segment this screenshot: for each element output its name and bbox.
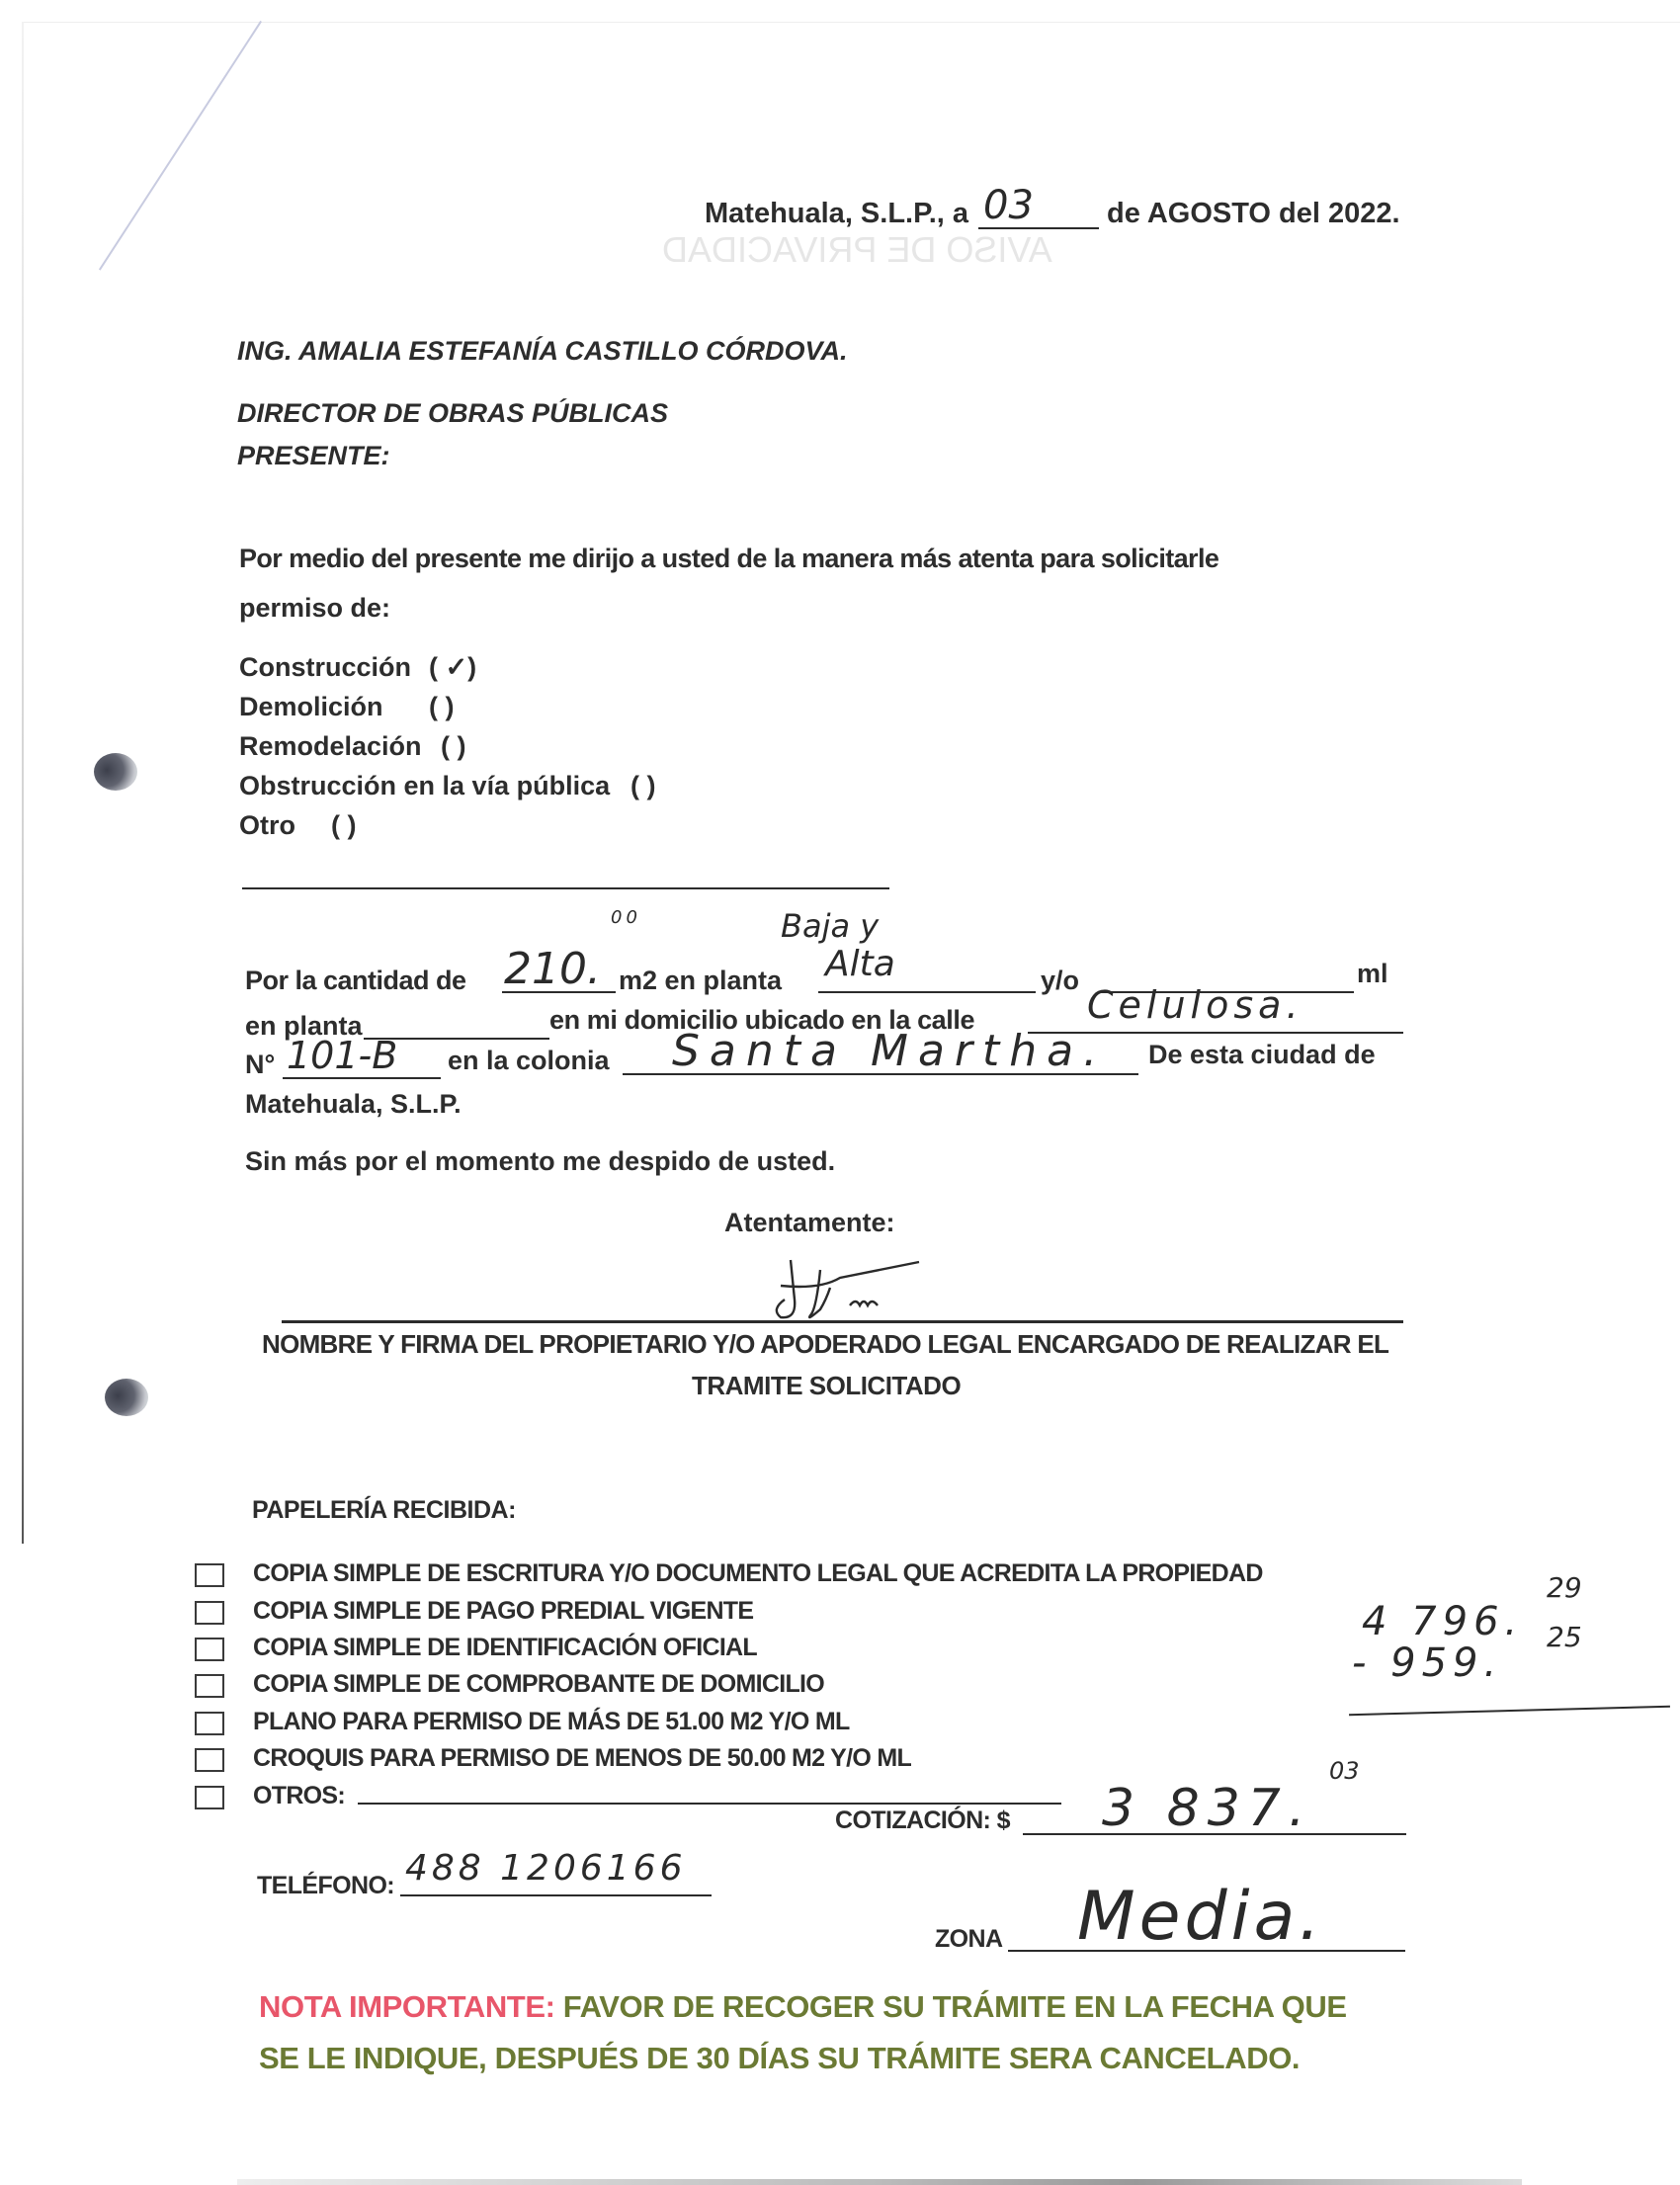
colonia-label: en la colonia — [448, 1046, 610, 1076]
permit-type-checkbox[interactable]: ( ) — [441, 731, 465, 762]
m2-label: m2 en planta — [619, 966, 782, 996]
calc-line2-cents: 25 — [1547, 1621, 1582, 1653]
yo-label: y/o — [1041, 966, 1079, 996]
important-note: NOTA IMPORTANTE: FAVOR DE RECOGER SU TRÁ… — [259, 1989, 1347, 2025]
colonia-value[interactable]: Santa Martha. — [672, 1026, 1107, 1076]
floor-line — [818, 991, 1036, 993]
note-prefix: NOTA IMPORTANTE: — [259, 1989, 555, 2024]
document-checkbox[interactable] — [195, 1712, 224, 1735]
date-prefix: Matehuala, S.L.P., a — [705, 198, 968, 230]
page-edge — [22, 22, 24, 1544]
street-value[interactable]: Celulosa. — [1087, 983, 1303, 1027]
permit-type-checkbox[interactable]: ( ) — [331, 810, 356, 841]
bleedthrough-text — [1314, 311, 1324, 321]
document-checkbox[interactable] — [195, 1563, 224, 1587]
signature-line[interactable] — [282, 1320, 1403, 1323]
zone-label: ZONA — [935, 1925, 1002, 1954]
punch-hole — [94, 753, 137, 791]
phone-label: TELÉFONO: — [257, 1872, 394, 1900]
document-label: OTROS: — [253, 1782, 345, 1810]
calc-line2: - 959. — [1352, 1640, 1502, 1686]
zone-line — [1008, 1950, 1405, 1952]
floor-annotation: Baja y — [781, 907, 879, 945]
document-label: PLANO PARA PERMISO DE MÁS DE 51.00 M2 Y/… — [253, 1708, 850, 1736]
city: Matehuala, S.L.P. — [245, 1089, 462, 1120]
permit-type-label: Otro — [239, 810, 295, 841]
ml-label: ml — [1357, 959, 1388, 989]
addressee-presente: PRESENTE: — [237, 441, 390, 471]
quantity-label: Por la cantidad de — [245, 966, 466, 996]
quote-value[interactable]: 3 837. — [1102, 1779, 1312, 1838]
document-label: COPIA SIMPLE DE IDENTIFICACIÓN OFICIAL — [253, 1634, 757, 1662]
calc-line1: 4 796. — [1362, 1599, 1523, 1644]
signature-scribble — [761, 1250, 988, 1329]
calc-underline — [1349, 1706, 1670, 1717]
floor-value[interactable]: Alta — [825, 944, 895, 984]
addressee-position: DIRECTOR DE OBRAS PÚBLICAS — [237, 398, 668, 429]
phone-line — [400, 1894, 712, 1896]
quote-label: COTIZACIÓN: $ — [835, 1807, 1010, 1835]
atentamente-label: Atentamente: — [724, 1208, 895, 1238]
document-label: COPIA SIMPLE DE PAGO PREDIAL VIGENTE — [253, 1597, 753, 1626]
punch-hole — [105, 1379, 148, 1416]
permit-type-checkbox[interactable]: ( ) — [630, 771, 655, 801]
phone-value[interactable]: 488 1206166 — [405, 1848, 687, 1889]
permit-type-checkbox[interactable]: ( ✓) — [429, 652, 476, 683]
quantity-cents: 00 — [611, 907, 641, 928]
permit-type-label: Demolición — [239, 692, 383, 722]
city-suffix: De esta ciudad de — [1148, 1040, 1376, 1070]
note-line2: SE LE INDIQUE, DESPUÉS DE 30 DÍAS SU TRÁ… — [259, 2041, 1300, 2076]
quantity-line — [502, 991, 616, 993]
document-checkbox[interactable] — [195, 1674, 224, 1698]
document-checkbox[interactable] — [195, 1786, 224, 1809]
number-value[interactable]: 101-B — [287, 1034, 397, 1077]
bleedthrough-title: AVISO DE PRIVACIDAD — [662, 235, 1052, 265]
colonia-line — [623, 1073, 1138, 1075]
request-intro: Por medio del presente me dirijo a usted… — [239, 544, 1218, 574]
permit-type-label: Remodelación — [239, 731, 422, 762]
calc-line1-cents: 29 — [1547, 1571, 1582, 1604]
page-edge — [22, 22, 1680, 23]
document-checkbox[interactable] — [195, 1638, 224, 1661]
scan-shadow — [237, 2179, 1522, 2185]
document-label: COPIA SIMPLE DE COMPROBANTE DE DOMICILIO — [253, 1670, 824, 1699]
otro-line — [242, 887, 889, 889]
date-day-line — [978, 227, 1099, 229]
number-line — [283, 1077, 441, 1079]
document-checkbox[interactable] — [195, 1601, 224, 1625]
request-intro-cont: permiso de: — [239, 593, 390, 624]
note-line1: FAVOR DE RECOGER SU TRÁMITE EN LA FECHA … — [563, 1989, 1347, 2024]
document-checkbox[interactable] — [195, 1748, 224, 1772]
permit-type-checkbox[interactable]: ( ) — [429, 692, 454, 722]
document-label: COPIA SIMPLE DE ESCRITURA Y/O DOCUMENTO … — [253, 1559, 1263, 1588]
closing-text: Sin más por el momento me despido de ust… — [245, 1146, 835, 1177]
signature-caption-cont: TRAMITE SOLICITADO — [692, 1371, 961, 1401]
otros-line[interactable] — [358, 1803, 1061, 1805]
signature-caption: NOMBRE Y FIRMA DEL PROPIETARIO Y/O APODE… — [262, 1329, 1388, 1360]
quote-line — [1023, 1833, 1406, 1835]
document-label: CROQUIS PARA PERMISO DE MENOS DE 50.00 M… — [253, 1744, 911, 1773]
permit-type-label: Construcción — [239, 652, 411, 683]
documents-title: PAPELERÍA RECIBIDA: — [252, 1496, 516, 1525]
permit-type-label: Obstrucción en la vía pública — [239, 771, 610, 801]
date-suffix: de AGOSTO del 2022. — [1107, 198, 1400, 230]
zone-value[interactable]: Media. — [1077, 1878, 1324, 1956]
date-day[interactable]: 03 — [983, 183, 1034, 228]
paper-fold — [99, 21, 262, 271]
quantity-value[interactable]: 210. — [504, 944, 601, 994]
quote-cents: 03 — [1329, 1757, 1360, 1785]
number-label: N° — [245, 1050, 275, 1080]
addressee-name: ING. AMALIA ESTEFANÍA CASTILLO CÓRDOVA. — [237, 336, 848, 367]
